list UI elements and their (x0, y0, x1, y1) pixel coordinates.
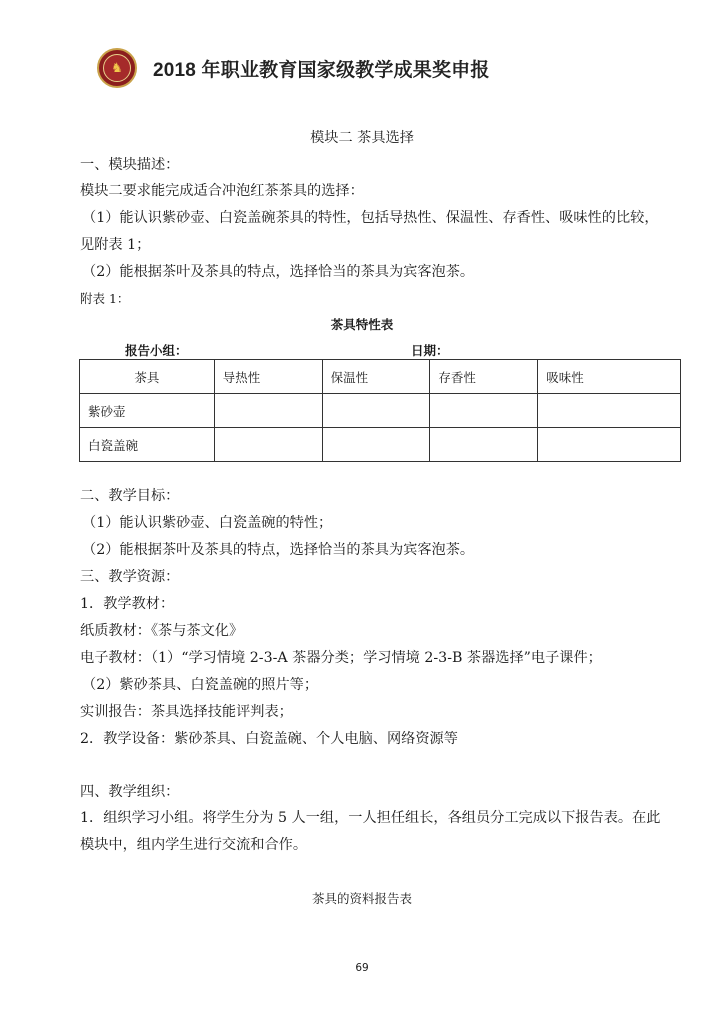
appendix-label: 附表 1： (80, 289, 129, 309)
section3-sub2: 2．教学设备：紫砂茶具、白瓷盖碗、个人电脑、网络资源等 (80, 729, 458, 749)
section2-item1: （1）能认识紫砂壶、白瓷盖碗的特性； (82, 513, 332, 533)
header-cell: 吸味性 (538, 360, 681, 394)
section3-paper: 纸质教材：《茶与茶文化》 (80, 621, 243, 641)
section3-report: 实训报告：茶具选择技能评判表； (80, 702, 293, 722)
section3-heading: 三、教学资源： (80, 567, 179, 587)
module-title: 模块二 茶具选择 (0, 128, 724, 148)
row-label-cell: 白瓷盖碗 (80, 428, 215, 462)
section1-item1-line1: （1）能认识紫砂壶、白瓷盖碗茶具的特性，包括导热性、保温性、存香性、吸味性的比较… (82, 208, 659, 228)
section4-heading: 四、教学组织： (80, 782, 179, 802)
row-label-cell: 紫砂壶 (80, 394, 215, 428)
section2-heading: 二、教学目标： (80, 486, 179, 506)
table1-date-label: 日期： (411, 341, 449, 361)
section1-intro: 模块二要求能完成适合冲泡红茶茶具的选择： (80, 181, 364, 201)
header-title: 2018 年职业教育国家级教学成果奖申报 (153, 55, 490, 82)
school-emblem-icon: ♞ (97, 48, 137, 88)
table-cell (538, 428, 681, 462)
section3-electronic2: （2）紫砂茶具、白瓷盖碗的照片等； (82, 675, 318, 695)
table-cell (214, 428, 322, 462)
table-row: 白瓷盖碗 (80, 428, 681, 462)
section3-sub1: 1．教学教材： (80, 594, 174, 614)
table-cell (430, 428, 538, 462)
header-cell: 存香性 (430, 360, 538, 394)
document-header: ♞ 2018 年职业教育国家级教学成果奖申报 (97, 47, 490, 89)
section4-item1-line2: 模块中，组内学生进行交流和合作。 (80, 835, 307, 855)
horse-icon: ♞ (103, 54, 131, 82)
table1-title: 茶具特性表 (0, 315, 724, 335)
header-cell: 茶具 (80, 360, 215, 394)
section3-electronic: 电子教材：（1）“学习情境 2-3-A 茶器分类；学习情境 2-3-B 茶器选择… (80, 648, 602, 668)
section1-item2: （2）能根据茶叶及茶具的特点，选择恰当的茶具为宾客泡茶。 (82, 262, 474, 282)
table2-title: 茶具的资料报告表 (0, 889, 724, 909)
table-cell (538, 394, 681, 428)
header-cell: 保温性 (322, 360, 430, 394)
table-cell (214, 394, 322, 428)
section1-item1-line2: 见附表 1； (80, 235, 150, 255)
table-row: 紫砂壶 (80, 394, 681, 428)
section2-item2: （2）能根据茶叶及茶具的特点，选择恰当的茶具为宾客泡茶。 (82, 540, 474, 560)
header-cell: 导热性 (214, 360, 322, 394)
page-number: 69 (0, 962, 724, 974)
section4-item1-line1: 1．组织学习小组。将学生分为 5 人一组，一人担任组长，各组员分工完成以下报告表… (80, 808, 660, 828)
table-cell (322, 428, 430, 462)
section1-heading: 一、模块描述： (80, 155, 179, 175)
table1-group-label: 报告小组： (125, 341, 188, 361)
table-cell (322, 394, 430, 428)
tea-ware-properties-table: 茶具 导热性 保温性 存香性 吸味性 紫砂壶 白瓷盖碗 (79, 359, 681, 462)
table-cell (430, 394, 538, 428)
table-header-row: 茶具 导热性 保温性 存香性 吸味性 (80, 360, 681, 394)
